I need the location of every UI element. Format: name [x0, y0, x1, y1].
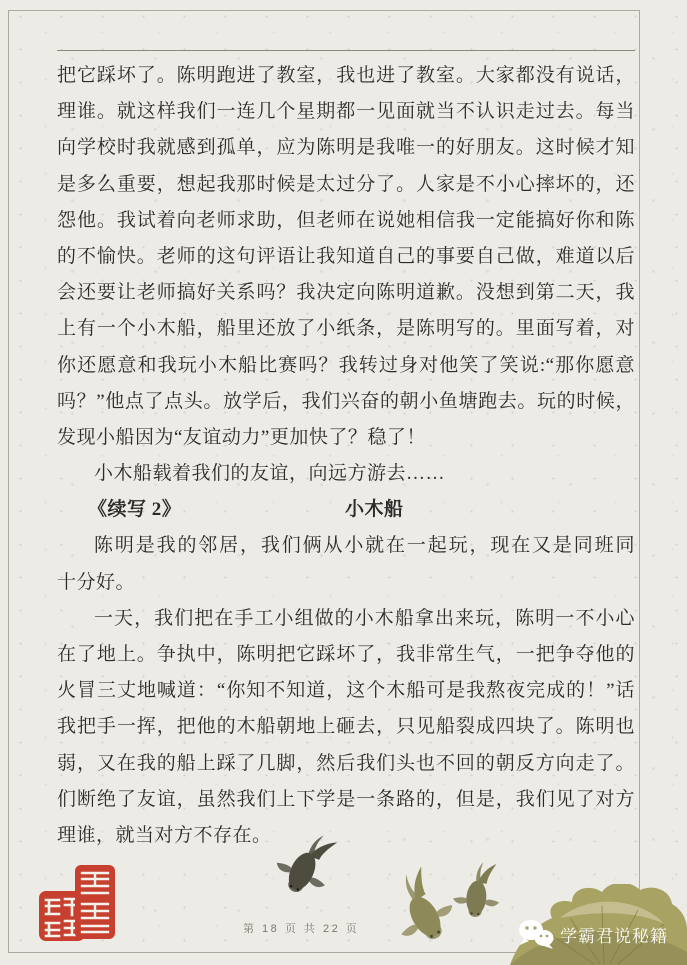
essay-line: 吗？”他点了点头。放学后，我们兴奋的朝小鱼塘跑去。玩的时候，我们	[57, 384, 635, 420]
essay-line: 理谁，就当对方不存在。	[57, 818, 635, 854]
essay-line: 会还要让老师搞好关系吗？我决定向陈明道歉。没想到第二天，我的座位	[57, 275, 635, 311]
seal-stamp-right-icon	[74, 864, 116, 940]
essay-line: 发现小船因为“友谊动力”更加快了？稳了！	[57, 420, 635, 456]
essay-line: 我把手一挥，把他的木船朝地上砸去，只见船裂成四块了。陈明也不甘示	[57, 709, 635, 745]
page-number: 第 18 页 共 22 页	[243, 920, 359, 936]
wechat-icon	[518, 918, 554, 950]
essay-line: 怨他。我试着向老师求助，但老师在说她相信我一定能搞好你和陈明之间	[57, 203, 635, 239]
essay-line: 的不愉快。老师的这句评语让我知道自己的事要自己做，难道以后要到社	[57, 239, 635, 275]
essay-line: 你还愿意和我玩小木船比赛吗？我转过身对他笑了笑说:“那你愿意跟我玩	[57, 348, 635, 384]
essay-line: 十分好。	[57, 565, 635, 601]
essay-line: 陈明是我的邻居，我们俩从小就在一起玩，现在又是同班同学，关系	[57, 528, 635, 564]
essay-line: 是多么重要，想起我那时候是太过分了。人家是不小心摔坏的，还那么埋	[57, 167, 635, 203]
essay-line: 们断绝了友谊，虽然我们上下学是一条路的，但是，我们见了对方谁也不	[57, 782, 635, 818]
essay-heading-label: 《续写 2》	[88, 499, 181, 520]
header-rule	[57, 50, 635, 51]
watermark: 学霸君说秘籍	[518, 918, 668, 950]
essay-heading-title: 小木船	[345, 492, 404, 528]
watermark-text: 学霸君说秘籍	[560, 922, 668, 947]
essay-line: 向学校时我就感到孤单，应为陈明是我唯一的好朋友。这时候才知道朋友	[57, 130, 635, 166]
essay-line: 小木船载着我们的友谊，向远方游去……	[57, 456, 635, 492]
essay-text-block: 把它踩坏了。陈明跑进了教室，我也进了教室。大家都没有说话，谁也没理谁。就这样我们…	[57, 58, 635, 854]
essay-heading-line: 《续写 2》小木船	[57, 492, 635, 528]
essay-line: 上有一个小木船，船里还放了小纸条，是陈明写的。里面写着，对不起！	[57, 311, 635, 347]
essay-line: 弱，又在我的船上踩了几脚，然后我们头也不回的朝反方向走了。从此我	[57, 746, 635, 782]
essay-line: 把它踩坏了。陈明跑进了教室，我也进了教室。大家都没有说话，谁也没	[57, 58, 635, 94]
essay-line: 一天，我们把在手工小组做的小木船拿出来玩，陈明一不小心把它摔	[57, 601, 635, 637]
essay-line: 火冒三丈地喊道：“你知不知道，这个木船可是我熬夜完成的！”话一说完，	[57, 673, 635, 709]
essay-line: 理谁。就这样我们一连几个星期都一见面就当不认识走过去。每当自己走	[57, 94, 635, 130]
essay-line: 在了地上。争执中，陈明把它踩坏了，我非常生气，一把争夺他的小木船，	[57, 637, 635, 673]
